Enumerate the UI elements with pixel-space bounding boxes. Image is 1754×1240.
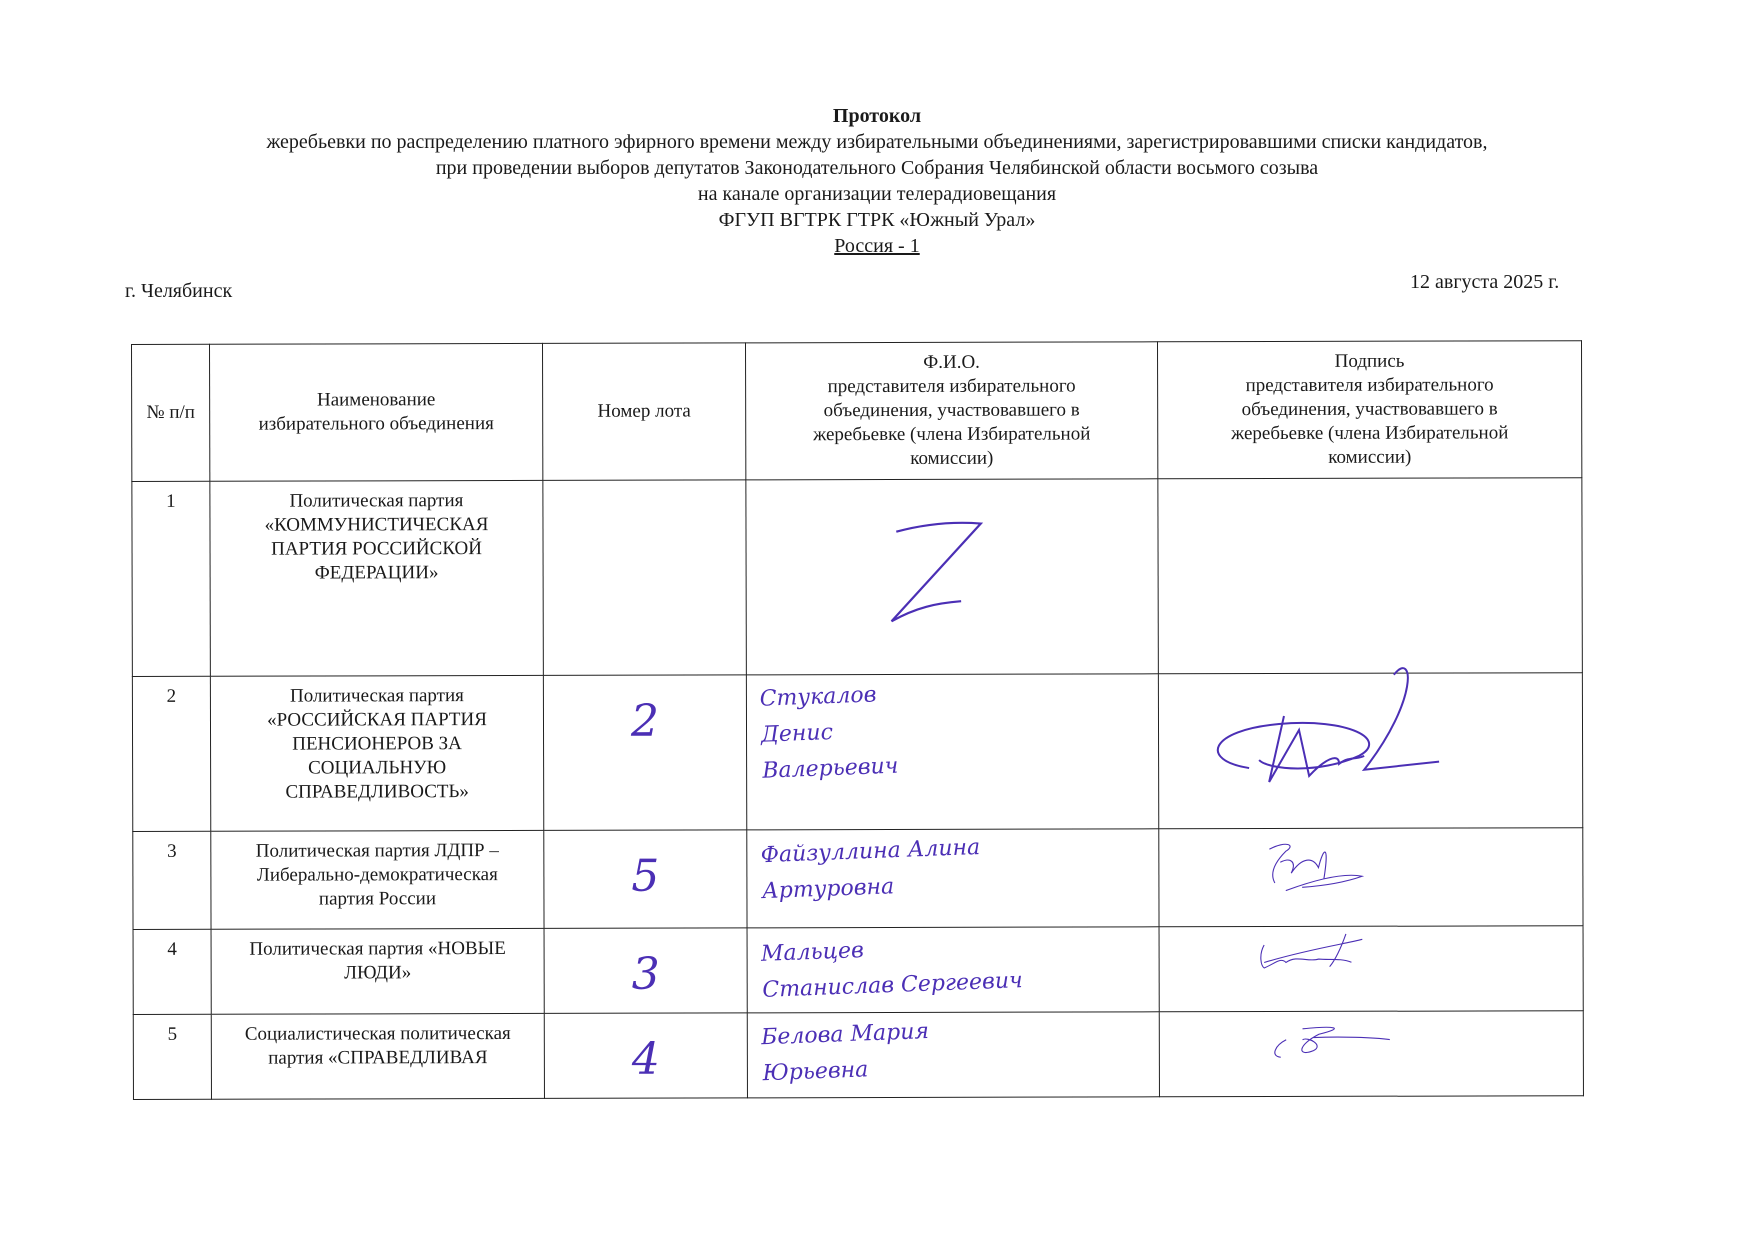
lot-number: 4 xyxy=(544,1013,747,1099)
party-name: Политическая партия «НОВЫЕЛЮДИ» xyxy=(211,928,544,1014)
lot-number-value: 4 xyxy=(551,1029,741,1089)
party-name-line: Политическая партия xyxy=(217,684,537,709)
header-line: Подпись xyxy=(1164,349,1575,374)
header-line: Наименование xyxy=(216,388,536,413)
column-header-representative: Ф.И.О. представителя избирательного объе… xyxy=(745,342,1157,480)
representative-cell: Белова МарияЮрьевна xyxy=(747,1012,1159,1098)
table-row: 4 Политическая партия «НОВЫЕЛЮДИ» 3 Маль… xyxy=(133,926,1583,1015)
signature-cell xyxy=(1159,1011,1583,1097)
lot-number: 3 xyxy=(544,928,747,1014)
representative-cell: Файзуллина АлинаАртуровна xyxy=(747,829,1159,928)
header-line: избирательного объединения xyxy=(216,412,536,437)
representative-name: МальцевСтанислав Сергеевич xyxy=(760,927,1023,1009)
header-line: жеребьевке (члена Избирательной xyxy=(1164,421,1575,446)
representative-name-line: Юрьевна xyxy=(762,1050,931,1092)
column-header-signature: Подпись представителя избирательного объ… xyxy=(1157,341,1581,479)
row-number: 3 xyxy=(133,831,211,929)
signature-cell xyxy=(1158,478,1583,674)
party-name-line: партия «СПРАВЕДЛИВАЯ xyxy=(218,1046,538,1071)
column-header-party: Наименование избирательного объединения xyxy=(210,343,543,481)
party-name: Политическая партия ЛДПР –Либерально-дем… xyxy=(211,830,544,929)
row-number: 5 xyxy=(133,1014,211,1099)
party-name-line: Политическая партия «НОВЫЕ xyxy=(218,937,538,962)
party-name-line: партия России xyxy=(217,887,537,912)
representative-name-line: Белова Мария xyxy=(761,1014,930,1056)
handwritten-signature-icon xyxy=(1180,932,1480,993)
representative-cell: МальцевСтанислав Сергеевич xyxy=(747,927,1159,1013)
representative-name: СтукаловДенисВалерьевич xyxy=(759,677,899,790)
header-line: комиссии) xyxy=(752,446,1151,471)
handwritten-signature-icon xyxy=(1179,834,1479,895)
header-line: комиссии) xyxy=(1164,445,1575,470)
lot-number-value: 5 xyxy=(550,846,740,906)
document-header: Протокол жеребьевки по распределению пла… xyxy=(0,103,1754,259)
subtitle-line: на канале организации телерадиовещания xyxy=(0,181,1754,207)
lot-number-value: 3 xyxy=(551,944,741,1004)
party-name-line: ЛЮДИ» xyxy=(218,961,538,986)
signature-cell xyxy=(1159,828,1583,927)
header-line: объединения, участвовавшего в xyxy=(1164,397,1575,422)
header-line: объединения, участвовавшего в xyxy=(752,398,1151,423)
column-header-lot: Номер лота xyxy=(542,343,745,481)
handwritten-signature-icon xyxy=(1179,679,1479,790)
party-name-line: Политическая партия ЛДПР – xyxy=(217,839,537,864)
signature-cell xyxy=(1158,673,1582,829)
channel-name: Россия - 1 xyxy=(834,235,919,257)
city: г. Челябинск xyxy=(125,280,232,303)
party-name-line: «РОССИЙСКАЯ ПАРТИЯ xyxy=(217,708,537,733)
row-number: 4 xyxy=(133,929,211,1014)
party-name: Политическая партия«КОММУНИСТИЧЕСКАЯПАРТ… xyxy=(210,480,544,676)
lot-number: 2 xyxy=(543,675,746,831)
party-name-line: Политическая партия xyxy=(216,489,536,514)
header-line: Ф.И.О. xyxy=(752,350,1151,375)
document-title: Протокол xyxy=(0,103,1754,129)
party-name-line: ПАРТИЯ РОССИЙСКОЙ xyxy=(217,537,537,562)
row-number: 2 xyxy=(132,676,210,831)
representative-cell xyxy=(746,479,1159,675)
table-row: 5 Социалистическая политическаяпартия «С… xyxy=(133,1011,1583,1100)
lot-number-value: 2 xyxy=(550,691,740,751)
signature-cell xyxy=(1159,926,1583,1012)
representative-cell: СтукаловДенисВалерьевич xyxy=(746,674,1158,830)
dash-mark-icon xyxy=(746,479,1158,674)
table-row: 3 Политическая партия ЛДПР –Либерально-д… xyxy=(133,828,1583,930)
column-header-number: № п/п xyxy=(132,344,210,481)
party-name: Политическая партия«РОССИЙСКАЯ ПАРТИЯПЕН… xyxy=(210,675,543,831)
party-name-line: Социалистическая политическая xyxy=(218,1022,538,1047)
row-number: 1 xyxy=(132,481,211,676)
representative-name-line: Артуровна xyxy=(761,866,982,910)
party-name-line: ПЕНСИОНЕРОВ ЗА xyxy=(217,732,537,757)
representative-name-line: Денис xyxy=(760,713,897,754)
representative-name: Файзуллина АлинаАртуровна xyxy=(760,830,982,910)
lot-number xyxy=(543,480,747,676)
party-name-line: ФЕДЕРАЦИИ» xyxy=(217,561,537,586)
handwritten-signature-icon xyxy=(1180,1017,1480,1078)
party-name-line: Либерально-демократическая xyxy=(217,863,537,888)
subtitle-line: при проведении выборов депутатов Законод… xyxy=(0,155,1754,181)
subtitle-line: жеребьевки по распределению платного эфи… xyxy=(0,129,1754,155)
document-date: 12 августа 2025 г. xyxy=(1410,271,1559,294)
party-name-line: СПРАВЕДЛИВОСТЬ» xyxy=(217,780,537,805)
party-name: Социалистическая политическаяпартия «СПР… xyxy=(211,1013,544,1099)
representative-name-line: Стукалов xyxy=(759,677,896,718)
lot-number: 5 xyxy=(544,830,747,929)
header-line: жеребьевке (члена Избирательной xyxy=(752,422,1151,447)
party-name-line: «КОММУНИСТИЧЕСКАЯ xyxy=(216,513,536,538)
table-row: 2 Политическая партия«РОССИЙСКАЯ ПАРТИЯП… xyxy=(132,673,1582,832)
representative-name: Белова МарияЮрьевна xyxy=(761,1014,931,1092)
draw-results-table: № п/п Наименование избирательного объеди… xyxy=(131,340,1584,1100)
table-header-row: № п/п Наименование избирательного объеди… xyxy=(132,341,1582,482)
broadcaster-name: ФГУП ВГТРК ГТРК «Южный Урал» xyxy=(0,207,1754,233)
table-row: 1 Политическая партия«КОММУНИСТИЧЕСКАЯПА… xyxy=(132,478,1583,677)
header-line: представителя избирательного xyxy=(1164,373,1575,398)
header-line: представителя избирательного xyxy=(752,374,1151,399)
representative-name-line: Валерьевич xyxy=(762,749,899,790)
party-name-line: СОЦИАЛЬНУЮ xyxy=(217,756,537,781)
